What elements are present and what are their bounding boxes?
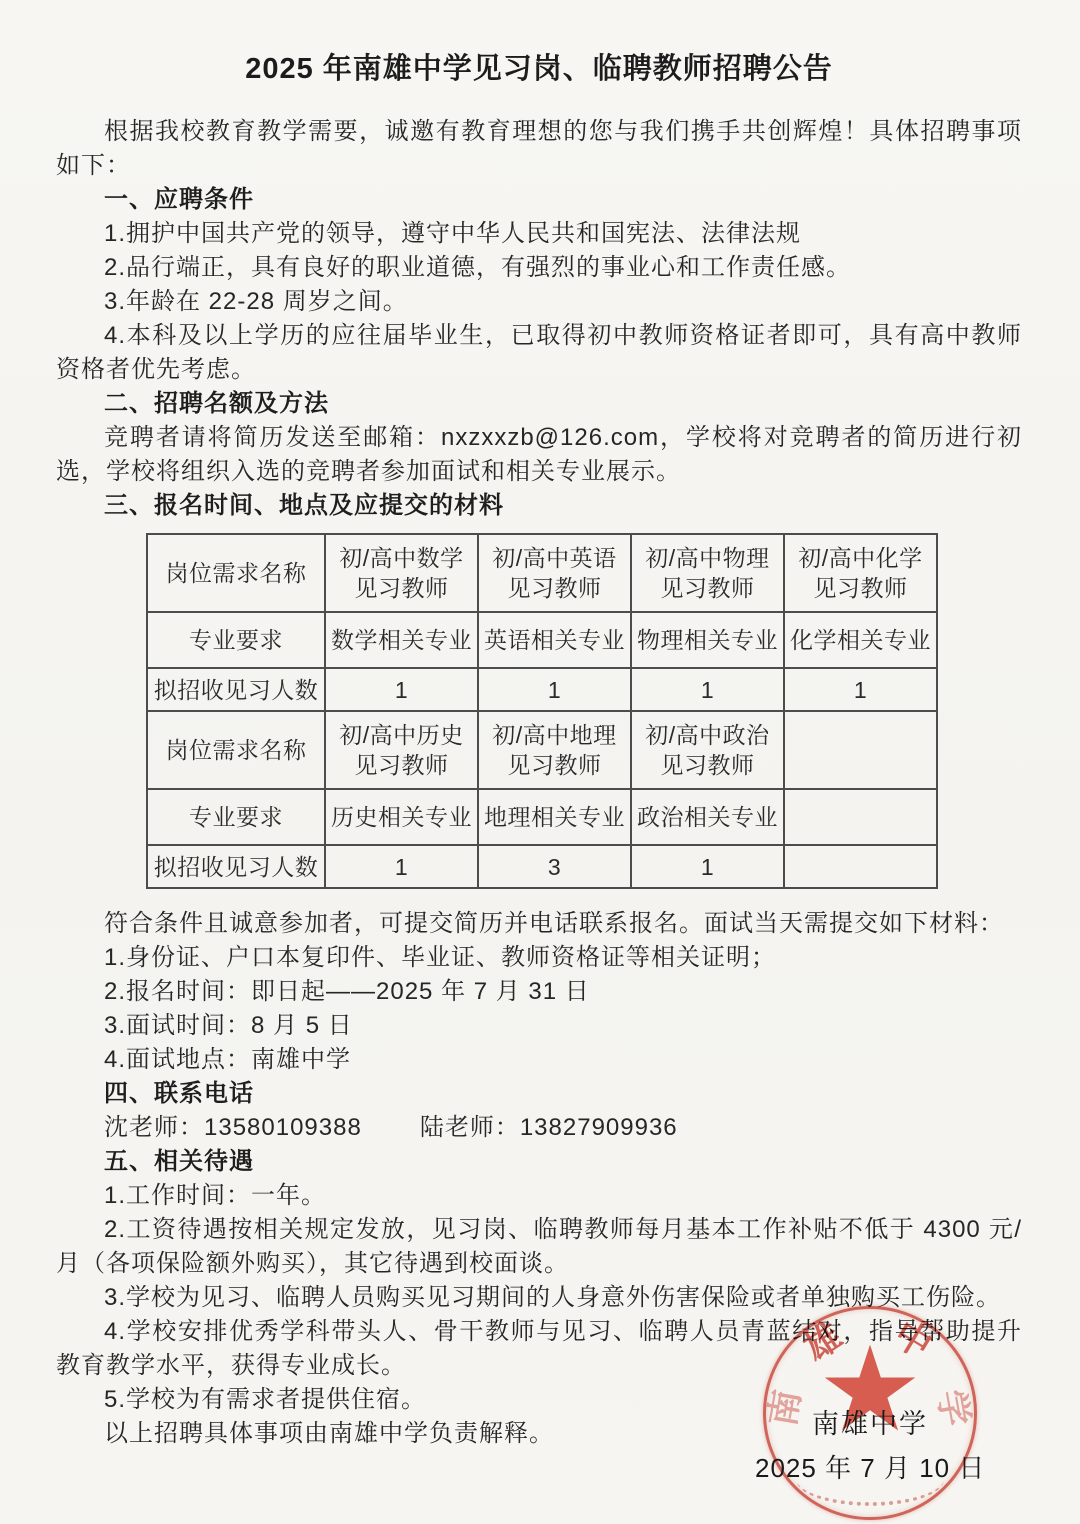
table-cell bbox=[784, 711, 937, 789]
table-cell: 1 bbox=[631, 845, 784, 888]
section-4-heading: 四、联系电话 bbox=[56, 1077, 1022, 1111]
signature-date: 2025 年 7 月 10 日 bbox=[755, 1448, 985, 1485]
contact-shen: 沈老师：13580109388 bbox=[104, 1114, 362, 1141]
table-cell bbox=[784, 789, 937, 845]
table-cell: 英语相关专业 bbox=[478, 612, 631, 668]
section-1-item-4: 4.本科及以上学历的应往届毕业生，已取得初中教师资格证者即可，具有高中教师资格者… bbox=[56, 319, 1022, 387]
table-row: 拟招收见习人数 1 1 1 1 bbox=[147, 668, 937, 711]
table-cell: 1 bbox=[631, 668, 784, 711]
table-cell: 初/高中地理见习教师 bbox=[478, 711, 631, 789]
table-cell: 数学相关专业 bbox=[325, 612, 478, 668]
table-cell: 1 bbox=[325, 668, 478, 711]
section-5-item-5: 5.学校为有需求者提供住宿。 bbox=[56, 1383, 1022, 1417]
table-cell: 初/高中历史见习教师 bbox=[325, 711, 478, 789]
section-5-heading: 五、相关待遇 bbox=[56, 1145, 1022, 1179]
table-cell: 初/高中物理见习教师 bbox=[631, 534, 784, 612]
row-header-cell: 岗位需求名称 bbox=[147, 534, 325, 612]
row-header-cell: 岗位需求名称 bbox=[147, 711, 325, 789]
section-3-heading: 三、报名时间、地点及应提交的材料 bbox=[56, 489, 1022, 523]
recruitment-positions-table: 岗位需求名称 初/高中数学见习教师 初/高中英语见习教师 初/高中物理见习教师 … bbox=[146, 533, 938, 889]
table-cell: 初/高中英语见习教师 bbox=[478, 534, 631, 612]
table-cell: 化学相关专业 bbox=[784, 612, 937, 668]
table-cell: 初/高中化学见习教师 bbox=[784, 534, 937, 612]
section-5-item-3: 3.学校为见习、临聘人员购买见习期间的人身意外伤害保险或者单独购买工伤险。 bbox=[56, 1281, 1022, 1315]
row-header-cell: 专业要求 bbox=[147, 612, 325, 668]
table-row: 专业要求 历史相关专业 地理相关专业 政治相关专业 bbox=[147, 789, 937, 845]
table-row: 岗位需求名称 初/高中历史见习教师 初/高中地理见习教师 初/高中政治见习教师 bbox=[147, 711, 937, 789]
table-cell: 初/高中数学见习教师 bbox=[325, 534, 478, 612]
contact-line: 沈老师：13580109388陆老师：13827909936 bbox=[56, 1111, 1022, 1145]
section-3-item-3: 3.面试时间：8 月 5 日 bbox=[56, 1009, 1022, 1043]
row-header-cell: 拟招收见习人数 bbox=[147, 845, 325, 888]
section-5-item-1: 1.工作时间：一年。 bbox=[56, 1179, 1022, 1213]
section-2-body: 竞聘者请将简历发送至邮箱：nxzxxzb@126.com，学校将对竞聘者的简历进… bbox=[56, 421, 1022, 489]
section-1-item-1: 1.拥护中国共产党的领导，遵守中华人民共和国宪法、法律法规 bbox=[56, 217, 1022, 251]
table-cell: 3 bbox=[478, 845, 631, 888]
section-3-item-1: 1.身份证、户口本复印件、毕业证、教师资格证等相关证明； bbox=[56, 941, 1022, 975]
table-cell bbox=[784, 845, 937, 888]
section-1-item-2: 2.品行端正，具有良好的职业道德，有强烈的事业心和工作责任感。 bbox=[56, 251, 1022, 285]
row-header-cell: 专业要求 bbox=[147, 789, 325, 845]
row-header-cell: 拟招收见习人数 bbox=[147, 668, 325, 711]
table-cell: 1 bbox=[784, 668, 937, 711]
table-cell: 1 bbox=[478, 668, 631, 711]
table-row: 岗位需求名称 初/高中数学见习教师 初/高中英语见习教师 初/高中物理见习教师 … bbox=[147, 534, 937, 612]
closing-statement: 以上招聘具体事项由南雄中学负责解释。 bbox=[56, 1417, 1022, 1451]
section-5-item-4: 4.学校安排优秀学科带头人、骨干教师与见习、临聘人员青蓝结对，指导帮助提升教育教… bbox=[56, 1315, 1022, 1383]
table-cell: 地理相关专业 bbox=[478, 789, 631, 845]
intro-paragraph: 根据我校教育教学需要，诚邀有教育理想的您与我们携手共创辉煌！具体招聘事项如下： bbox=[56, 115, 1022, 183]
table-cell: 历史相关专业 bbox=[325, 789, 478, 845]
section-5-item-2: 2.工资待遇按相关规定发放，见习岗、临聘教师每月基本工作补贴不低于 4300 元… bbox=[56, 1213, 1022, 1281]
table-row: 拟招收见习人数 1 3 1 bbox=[147, 845, 937, 888]
section-2-heading: 二、招聘名额及方法 bbox=[56, 387, 1022, 421]
page-title: 2025 年南雄中学见习岗、临聘教师招聘公告 bbox=[56, 46, 1022, 87]
seal-serial-arc bbox=[796, 1452, 944, 1506]
table-cell: 初/高中政治见习教师 bbox=[631, 711, 784, 789]
section-1-item-3: 3.年龄在 22-28 周岁之间。 bbox=[56, 285, 1022, 319]
table-cell: 物理相关专业 bbox=[631, 612, 784, 668]
section-1-heading: 一、应聘条件 bbox=[56, 183, 1022, 217]
table-cell: 1 bbox=[325, 845, 478, 888]
table-cell: 政治相关专业 bbox=[631, 789, 784, 845]
section-3-item-2: 2.报名时间：即日起——2025 年 7 月 31 日 bbox=[56, 975, 1022, 1009]
contact-lu: 陆老师：13827909936 bbox=[420, 1114, 678, 1141]
section-3-note: 符合条件且诚意参加者，可提交简历并电话联系报名。面试当天需提交如下材料： bbox=[56, 907, 1022, 941]
announcement-page: 2025 年南雄中学见习岗、临聘教师招聘公告 根据我校教育教学需要，诚邀有教育理… bbox=[0, 0, 1080, 1524]
section-3-item-4: 4.面试地点：南雄中学 bbox=[56, 1043, 1022, 1077]
table-row: 专业要求 数学相关专业 英语相关专业 物理相关专业 化学相关专业 bbox=[147, 612, 937, 668]
